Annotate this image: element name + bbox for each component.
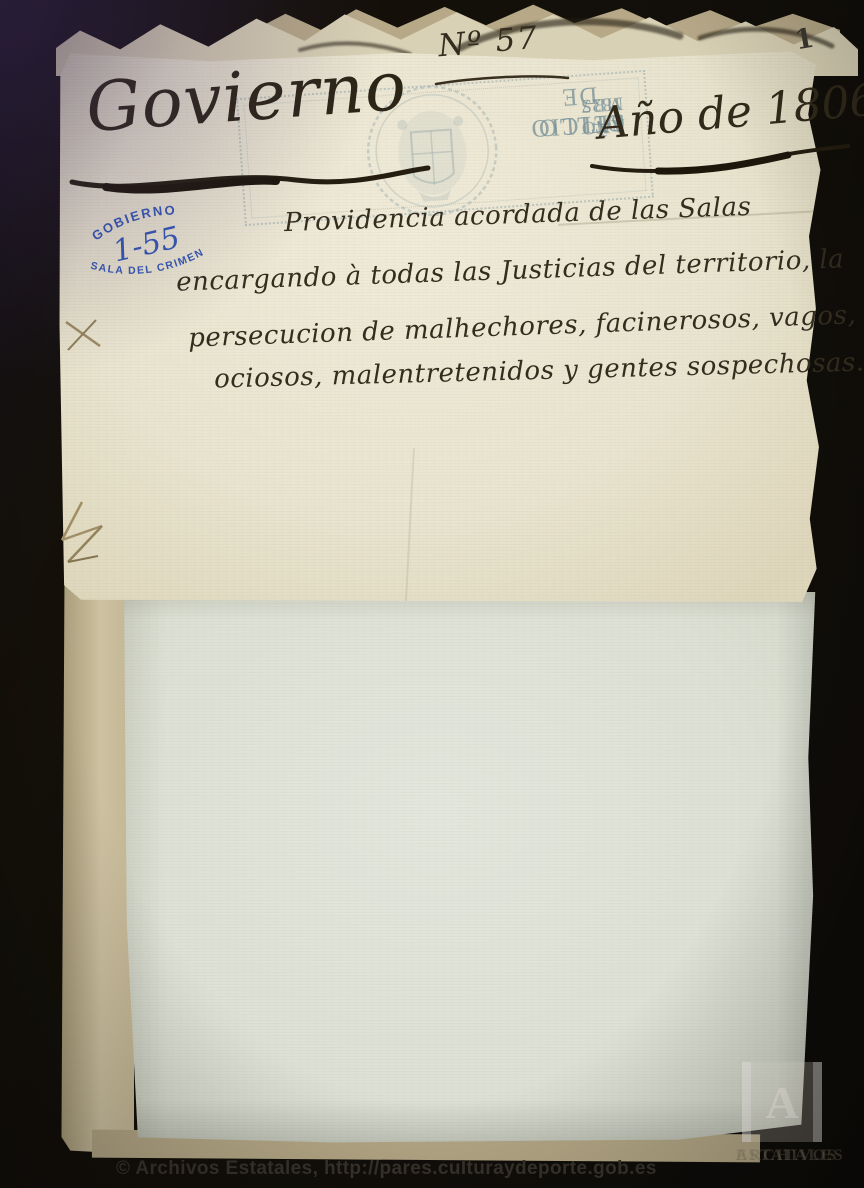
footer-copyright: © Archivos Estatales, http://pares.cultu… <box>116 1158 657 1180</box>
archival-scan: SELLO DE OFICIO 4. MRS AÑO 1827 Nº 57 Go… <box>0 0 864 1188</box>
blank-page-shading <box>124 592 818 1144</box>
under-page-edge-strip <box>60 586 134 1154</box>
body-line: Providencia acordada de las Salas <box>284 192 752 238</box>
watermark-letter: A <box>765 1076 798 1129</box>
body-line: ociosos, malentretenidos y gentes sospec… <box>214 347 864 394</box>
watermark-org-line2: ESTATALES <box>736 1146 845 1166</box>
body-line: encargando à todas las Justicias del ter… <box>176 244 845 297</box>
pares-watermark-box: A <box>742 1062 822 1142</box>
blank-page <box>124 592 818 1144</box>
binding-stitch-upper <box>62 316 106 356</box>
body-line: persecucion de malhechores, facinerosos,… <box>188 296 864 353</box>
binding-stitch-lower <box>54 500 114 578</box>
